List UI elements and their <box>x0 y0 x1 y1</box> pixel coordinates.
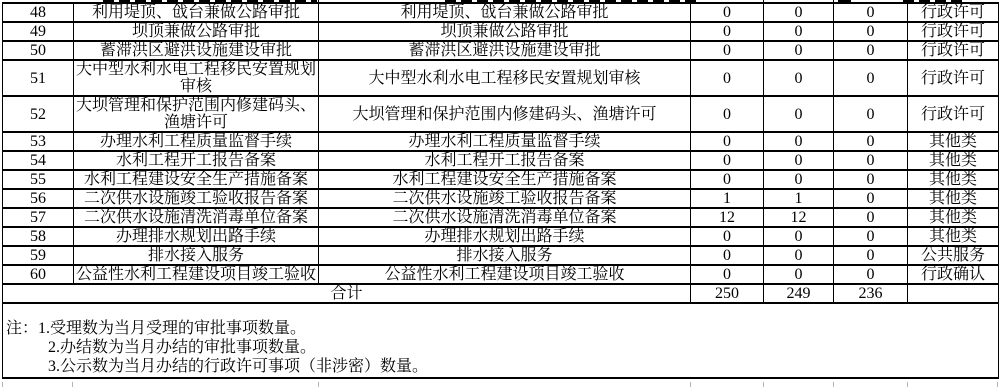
completed-count: 0 <box>764 246 834 265</box>
accepted-count: 0 <box>691 41 764 60</box>
completed-count: 0 <box>764 3 834 22</box>
category-label: 其他类 <box>908 208 999 227</box>
completed-count: 0 <box>764 227 834 246</box>
category-label: 其他类 <box>908 227 999 246</box>
accepted-count: 0 <box>691 60 764 96</box>
publicized-count: 0 <box>834 132 908 151</box>
table-row: 57二次供水设施清洗消毒单位备案二次供水设施清洗消毒单位备案12120其他类 <box>3 208 999 227</box>
item-name: 大中型水利水电工程移民安置规划审核 <box>74 60 319 96</box>
publicized-count: 0 <box>834 170 908 189</box>
accepted-count: 1 <box>691 189 764 208</box>
item-name-2: 二次供水设施清洗消毒单位备案 <box>319 208 691 227</box>
item-name-2: 公益性水利工程建设项目竣工验收 <box>319 265 691 284</box>
total-row: 合计 250 249 236 <box>3 284 999 303</box>
column-border-stub <box>763 382 764 387</box>
publicized-count: 0 <box>834 151 908 170</box>
column-border-stub <box>318 382 319 387</box>
publicized-count: 0 <box>834 41 908 60</box>
category-label: 公共服务 <box>908 246 999 265</box>
publicized-count: 0 <box>834 96 908 132</box>
publicized-count: 0 <box>834 3 908 22</box>
page: 48利用堤顶、戗台兼做公路审批利用堤顶、戗台兼做公路审批000行政许可49坝顶兼… <box>0 0 1001 387</box>
table-row: 53办理水利工程质量监督手续办理水利工程质量监督手续000其他类 <box>3 132 999 151</box>
item-name: 水利工程建设安全生产措施备案 <box>74 170 319 189</box>
total-label: 合计 <box>3 284 691 303</box>
table-row: 50蓄滞洪区避洪设施建设审批蓄滞洪区避洪设施建设审批000行政许可 <box>3 41 999 60</box>
item-name-2: 大中型水利水电工程移民安置规划审核 <box>319 60 691 96</box>
table-row: 56二次供水设施竣工验收报告备案二次供水设施竣工验收报告备案110其他类 <box>3 189 999 208</box>
column-border-stub <box>997 382 998 387</box>
column-border-stub <box>2 382 3 387</box>
row-number: 51 <box>3 60 74 96</box>
completed-count: 0 <box>764 22 834 41</box>
table-row: 48利用堤顶、戗台兼做公路审批利用堤顶、戗台兼做公路审批000行政许可 <box>3 3 999 22</box>
item-name-2: 排水接入服务 <box>319 246 691 265</box>
item-name-2: 办理水利工程质量监督手续 <box>319 132 691 151</box>
item-name-2: 大坝管理和保护范围内修建码头、渔塘许可 <box>319 96 691 132</box>
note-prefix: 注： <box>6 320 38 337</box>
item-name: 水利工程开工报告备案 <box>74 151 319 170</box>
completed-count: 0 <box>764 96 834 132</box>
completed-count: 0 <box>764 170 834 189</box>
publicized-count: 0 <box>834 265 908 284</box>
table-row: 60公益性水利工程建设项目竣工验收公益性水利工程建设项目竣工验收000行政确认 <box>3 265 999 284</box>
item-name: 公益性水利工程建设项目竣工验收 <box>74 265 319 284</box>
item-name-2: 办理排水规划出路手续 <box>319 227 691 246</box>
approval-items-table: 48利用堤顶、戗台兼做公路审批利用堤顶、戗台兼做公路审批000行政许可49坝顶兼… <box>2 2 999 379</box>
note-text-1: 1.受理数为当月受理的审批事项数量。 <box>38 320 306 337</box>
note-line-1: 注：1.受理数为当月受理的审批事项数量。 <box>6 319 998 338</box>
column-border-stub <box>907 382 908 387</box>
category-label: 行政许可 <box>908 96 999 132</box>
publicized-count: 0 <box>834 227 908 246</box>
accepted-count: 0 <box>691 3 764 22</box>
row-number: 58 <box>3 227 74 246</box>
rows-body: 48利用堤顶、戗台兼做公路审批利用堤顶、戗台兼做公路审批000行政许可49坝顶兼… <box>3 3 999 284</box>
table-row: 49坝顶兼做公路审批坝顶兼做公路审批000行政许可 <box>3 22 999 41</box>
publicized-count: 0 <box>834 189 908 208</box>
accepted-count: 0 <box>691 170 764 189</box>
completed-count: 0 <box>764 41 834 60</box>
summary-body: 合计 250 249 236 注：1.受理数为当月受理的审批事项数量。 2.办结… <box>3 284 999 378</box>
item-name-2: 水利工程开工报告备案 <box>319 151 691 170</box>
publicized-count: 0 <box>834 22 908 41</box>
item-name: 二次供水设施竣工验收报告备案 <box>74 189 319 208</box>
column-border-stub <box>833 382 834 387</box>
row-number: 48 <box>3 3 74 22</box>
accepted-count: 0 <box>691 227 764 246</box>
completed-count: 0 <box>764 60 834 96</box>
table-row: 55水利工程建设安全生产措施备案水利工程建设安全生产措施备案000其他类 <box>3 170 999 189</box>
row-number: 50 <box>3 41 74 60</box>
category-label: 行政许可 <box>908 60 999 96</box>
row-number: 59 <box>3 246 74 265</box>
table-row: 58办理排水规划出路手续办理排水规划出路手续000其他类 <box>3 227 999 246</box>
completed-count: 0 <box>764 265 834 284</box>
accepted-count: 0 <box>691 246 764 265</box>
item-name-2: 蓄滞洪区避洪设施建设审批 <box>319 41 691 60</box>
notes-cell: 注：1.受理数为当月受理的审批事项数量。 2.办结数为当月办结的审批事项数量。 … <box>3 303 999 378</box>
item-name: 二次供水设施清洗消毒单位备案 <box>74 208 319 227</box>
completed-count: 12 <box>764 208 834 227</box>
table-row: 52大坝管理和保护范围内修建码头、渔塘许可大坝管理和保护范围内修建码头、渔塘许可… <box>3 96 999 132</box>
clipped-next-row <box>0 381 1001 387</box>
total-category-empty-cell <box>908 284 999 303</box>
table-row: 59排水接入服务排水接入服务000公共服务 <box>3 246 999 265</box>
category-label: 行政确认 <box>908 265 999 284</box>
row-number: 57 <box>3 208 74 227</box>
item-name-2: 坝顶兼做公路审批 <box>319 22 691 41</box>
table-row: 54水利工程开工报告备案水利工程开工报告备案000其他类 <box>3 151 999 170</box>
accepted-count: 0 <box>691 96 764 132</box>
item-name: 坝顶兼做公路审批 <box>74 22 319 41</box>
completed-count: 0 <box>764 132 834 151</box>
column-border-stub <box>690 382 691 387</box>
publicized-count: 0 <box>834 208 908 227</box>
table-row: 51大中型水利水电工程移民安置规划审核大中型水利水电工程移民安置规划审核000行… <box>3 60 999 96</box>
total-publicized-count: 236 <box>834 284 908 303</box>
accepted-count: 0 <box>691 265 764 284</box>
item-name-2: 水利工程建设安全生产措施备案 <box>319 170 691 189</box>
publicized-count: 0 <box>834 246 908 265</box>
total-completed-count: 249 <box>764 284 834 303</box>
accepted-count: 12 <box>691 208 764 227</box>
column-border-stub <box>72 382 73 387</box>
total-accepted-count: 250 <box>691 284 764 303</box>
category-label: 行政许可 <box>908 41 999 60</box>
category-label: 其他类 <box>908 189 999 208</box>
row-number: 60 <box>3 265 74 284</box>
category-label: 其他类 <box>908 170 999 189</box>
item-name: 办理排水规划出路手续 <box>74 227 319 246</box>
row-number: 56 <box>3 189 74 208</box>
category-label: 行政许可 <box>908 22 999 41</box>
item-name: 蓄滞洪区避洪设施建设审批 <box>74 41 319 60</box>
notes-row: 注：1.受理数为当月受理的审批事项数量。 2.办结数为当月办结的审批事项数量。 … <box>3 303 999 378</box>
note-line-3: 3.公示数为当月办结的行政许可事项（非涉密）数量。 <box>6 357 998 376</box>
category-label: 其他类 <box>908 132 999 151</box>
item-name: 办理水利工程质量监督手续 <box>74 132 319 151</box>
item-name: 排水接入服务 <box>74 246 319 265</box>
item-name-2: 利用堤顶、戗台兼做公路审批 <box>319 3 691 22</box>
accepted-count: 0 <box>691 132 764 151</box>
completed-count: 1 <box>764 189 834 208</box>
category-label: 其他类 <box>908 151 999 170</box>
row-number: 55 <box>3 170 74 189</box>
row-number: 49 <box>3 22 74 41</box>
note-line-2: 2.办结数为当月办结的审批事项数量。 <box>6 338 998 357</box>
category-label: 行政许可 <box>908 3 999 22</box>
row-number: 52 <box>3 96 74 132</box>
accepted-count: 0 <box>691 151 764 170</box>
row-number: 53 <box>3 132 74 151</box>
item-name: 大坝管理和保护范围内修建码头、渔塘许可 <box>74 96 319 132</box>
completed-count: 0 <box>764 151 834 170</box>
accepted-count: 0 <box>691 22 764 41</box>
item-name-2: 二次供水设施竣工验收报告备案 <box>319 189 691 208</box>
publicized-count: 0 <box>834 60 908 96</box>
row-number: 54 <box>3 151 74 170</box>
item-name: 利用堤顶、戗台兼做公路审批 <box>74 3 319 22</box>
